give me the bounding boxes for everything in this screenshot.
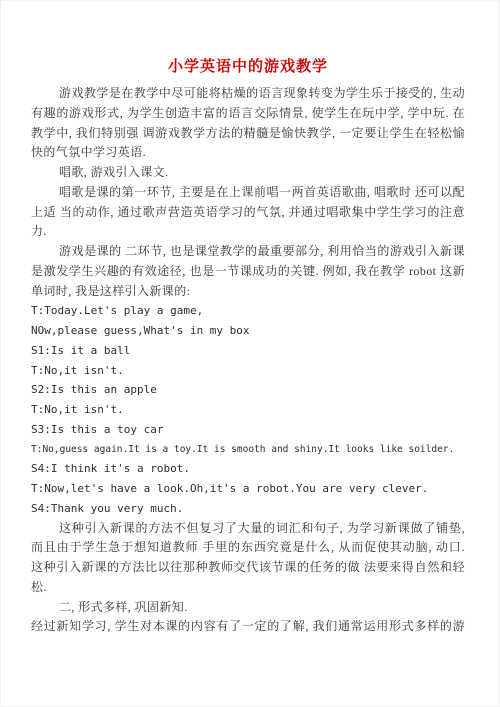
- text-line: 是激发学生兴趣的有效途径, 也是一节课成功的关键. 例如, 我在教学 robot…: [31, 262, 465, 282]
- dialogue-line: T:No,guess again.It is a toy.It is smoot…: [31, 440, 465, 460]
- text-line: 力.: [31, 222, 465, 242]
- text-line: 游戏教学是在教学中尽可能将枯燥的语言现象转变为学生乐于接受的, 生动: [31, 84, 465, 104]
- dialogue-line: T:Now,let's have a look.Oh,it's a robot.…: [31, 479, 465, 499]
- text-line: 而且由于学生急于想知道教师 手里的东西究竟是什么, 从而促使其动脑, 动口.: [31, 538, 465, 558]
- dialogue-line: T:No,it isn't.: [31, 400, 465, 420]
- text-line: 二, 形式多样, 巩固新知.: [31, 598, 465, 618]
- document-body: 游戏教学是在教学中尽可能将枯燥的语言现象转变为学生乐于接受的, 生动 有趣的游戏…: [31, 84, 465, 637]
- dialogue-line: T:Today.Let's play a game,: [31, 301, 465, 321]
- text-line: 上适 当的动作, 通过歌声营造英语学习的气氛, 并通过唱歌集中学生学习的注意: [31, 203, 465, 223]
- text-line: 松.: [31, 578, 465, 598]
- dialogue-line: S3:Is this a toy car: [31, 420, 465, 440]
- dialogue-line: S4:I think it's a robot.: [31, 459, 465, 479]
- text-line: 游戏是课的 二环节, 也是课堂教学的最重要部分, 利用恰当的游戏引入新课: [31, 242, 465, 262]
- dialogue-line: T:No,it isn't.: [31, 361, 465, 381]
- document-title: 小学英语中的游戏教学: [31, 57, 465, 78]
- text-line: 单词时, 我是这样引入新课的:: [31, 282, 465, 302]
- dialogue-line: S2:Is this an apple: [31, 380, 465, 400]
- text-line: 唱歌是课的第一环节, 主要是在上课前唱一两首英语歌曲, 唱歌时 还可以配: [31, 183, 465, 203]
- document-page: 小学英语中的游戏教学 游戏教学是在教学中尽可能将枯燥的语言现象转变为学生乐于接受…: [0, 0, 500, 707]
- dialogue-line: S1:Is it a ball: [31, 341, 465, 361]
- text-line: 这种引入新课的方法比以往那种教师交代该节课的任务的做 法要来得自然和轻: [31, 558, 465, 578]
- text-line: 唱歌, 游戏引入课文.: [31, 163, 465, 183]
- dialogue-line: S4:Thank you very much.: [31, 499, 465, 519]
- text-line: 教学中, 我们特别强 调游戏教学方法的精髓是愉快教学, 一定要让学生在轻松愉: [31, 124, 465, 144]
- dialogue-line: NOw,please guess,What's in my box: [31, 321, 465, 341]
- text-line: 有趣的游戏形式, 为学生创造丰富的语言交际情景, 使学生在玩中学, 学中玩. 在: [31, 104, 465, 124]
- text-line: 经过新知学习, 学生对本课的内容有了一定的了解, 我们通常运用形式多样的游: [31, 617, 465, 637]
- text-line: 快的气氛中学习英语.: [31, 143, 465, 163]
- text-line: 这种引入新课的方法不但复习了大量的词汇和句子, 为学习新课做了铺垫,: [31, 519, 465, 539]
